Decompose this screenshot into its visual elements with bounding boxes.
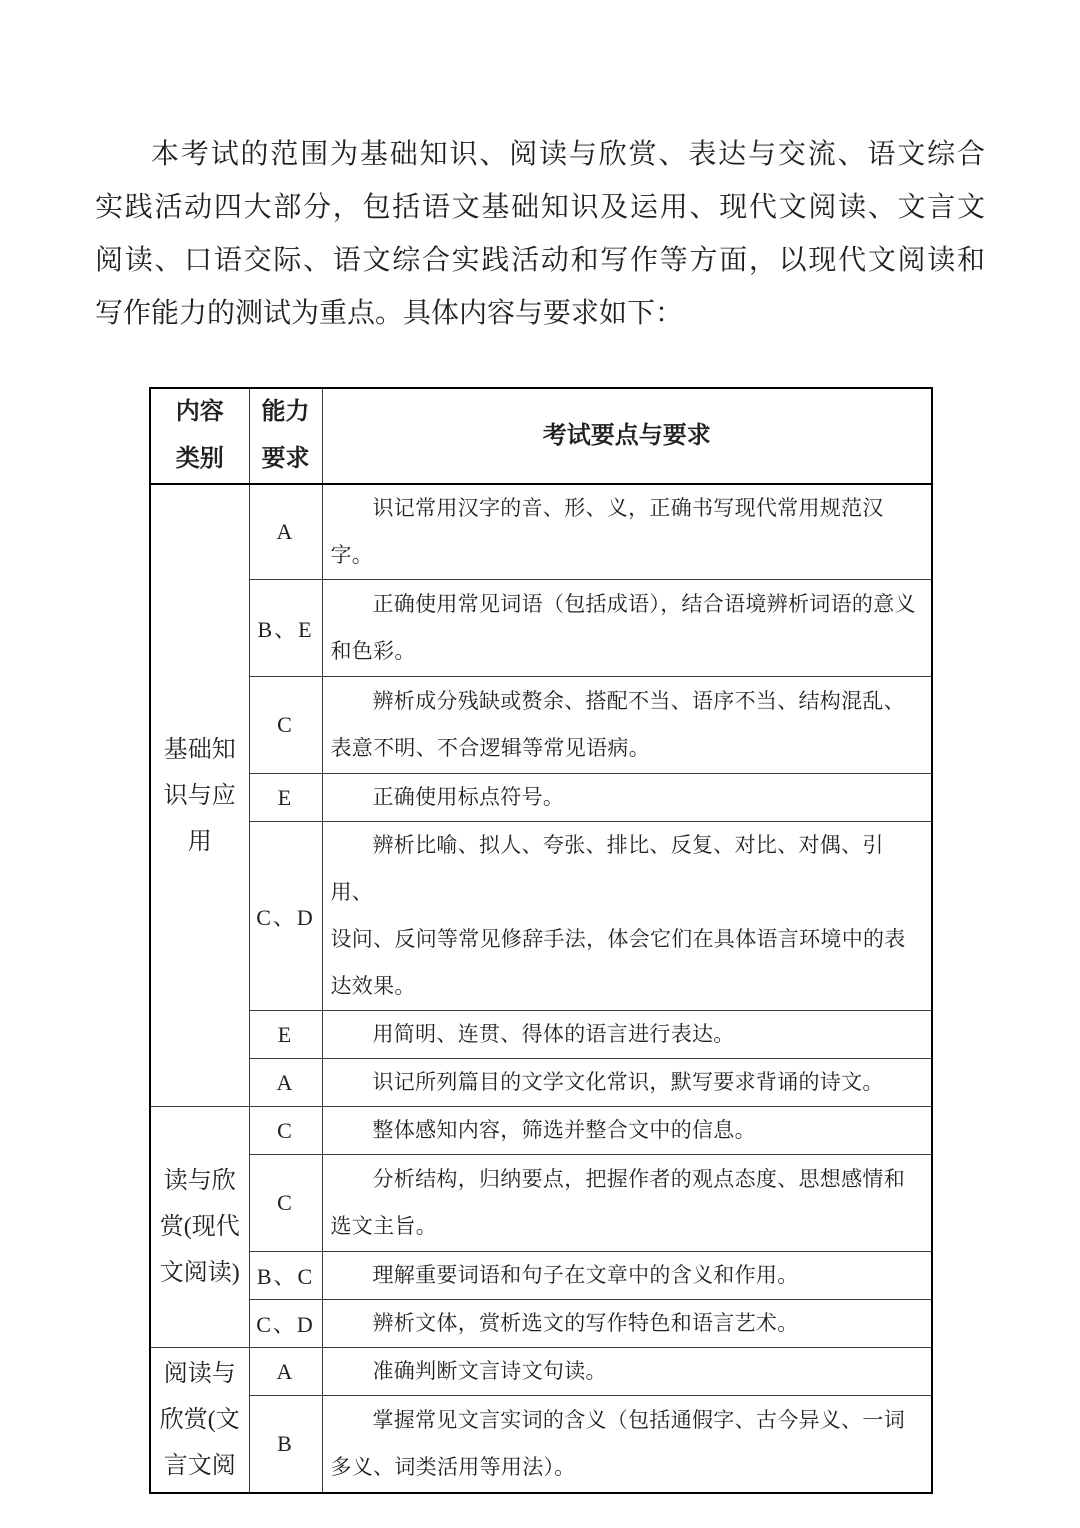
requirement-cell: 理解重要词语和句子在文章中的含义和作用。 [322,1252,932,1300]
requirement-cell: 用简明、连贯、得体的语言进行表达。 [322,1011,932,1059]
ability-cell: A [249,1059,322,1107]
table-row: B、E 正确使用常见词语（包括成语），结合语境辨析词语的意义 和色彩。 [150,580,932,677]
category-cell-classical-reading: 阅读与 欣赏(文 言文阅 [150,1348,249,1493]
table-row: C 分析结构，归纳要点，把握作者的观点态度、思想感情和 选文主旨。 [150,1155,932,1252]
table-row: 读与欣 赏(现代 文阅读) C 整体感知内容，筛选并整合文中的信息。 [150,1107,932,1155]
table-row: C、D 辨析文体，赏析选文的写作特色和语言艺术。 [150,1300,932,1348]
header-requirements: 考试要点与要求 [322,388,932,484]
requirement-cell: 辨析比喻、拟人、夸张、排比、反复、对比、对偶、引用、 设问、反问等常见修辞手法，… [322,822,932,1011]
ability-cell: C [249,677,322,774]
document-page: 本考试的范围为基础知识、阅读与欣赏、表达与交流、语文综合 实践活动四大部分，包括… [0,0,1080,1528]
ability-cell: C [249,1155,322,1252]
table-row: B 掌握常见文言实词的含义（包括通假字、古今异义、一词 多义、词类活用等用法）。 [150,1396,932,1493]
ability-cell: C、D [249,822,322,1011]
table-row: A 识记所列篇目的文学文化常识，默写要求背诵的诗文。 [150,1059,932,1107]
ability-cell: A [249,484,322,580]
header-category: 内容 类别 [150,388,249,484]
requirement-cell: 辨析成分残缺或赘余、搭配不当、语序不当、结构混乱、 表意不明、不合逻辑等常见语病… [322,677,932,774]
ability-cell: B [249,1396,322,1493]
requirement-cell: 识记所列篇目的文学文化常识，默写要求背诵的诗文。 [322,1059,932,1107]
intro-line-3: 阅读、口语交际、语文综合实践活动和写作等方面，以现代文阅读和 [95,234,985,287]
ability-cell: E [249,774,322,822]
intro-paragraph: 本考试的范围为基础知识、阅读与欣赏、表达与交流、语文综合 实践活动四大部分，包括… [95,128,985,340]
intro-line-1: 本考试的范围为基础知识、阅读与欣赏、表达与交流、语文综合 [95,128,985,181]
requirement-cell: 正确使用常见词语（包括成语），结合语境辨析词语的意义 和色彩。 [322,580,932,677]
requirement-cell: 准确判断文言诗文句读。 [322,1348,932,1396]
table-row: E 用简明、连贯、得体的语言进行表达。 [150,1011,932,1059]
category-cell-modern-reading: 读与欣 赏(现代 文阅读) [150,1107,249,1348]
requirement-cell: 整体感知内容，筛选并整合文中的信息。 [322,1107,932,1155]
ability-cell: C、D [249,1300,322,1348]
table-row: 基础知 识与应 用 A 识记常用汉字的音、形、义，正确书写现代常用规范汉字。 [150,484,932,580]
table-row: B、C 理解重要词语和句子在文章中的含义和作用。 [150,1252,932,1300]
requirement-cell: 辨析文体，赏析选文的写作特色和语言艺术。 [322,1300,932,1348]
requirement-cell: 掌握常见文言实词的含义（包括通假字、古今异义、一词 多义、词类活用等用法）。 [322,1396,932,1493]
exam-requirements-table: 内容 类别 能力 要求 考试要点与要求 基础知 识与应 用 A 识记常用汉字的音… [149,387,933,1494]
category-cell-basics: 基础知 识与应 用 [150,484,249,1107]
table-row: C 辨析成分残缺或赘余、搭配不当、语序不当、结构混乱、 表意不明、不合逻辑等常见… [150,677,932,774]
requirement-cell: 正确使用标点符号。 [322,774,932,822]
ability-cell: E [249,1011,322,1059]
table-row: C、D 辨析比喻、拟人、夸张、排比、反复、对比、对偶、引用、 设问、反问等常见修… [150,822,932,1011]
header-ability: 能力 要求 [249,388,322,484]
requirement-cell: 识记常用汉字的音、形、义，正确书写现代常用规范汉字。 [322,484,932,580]
requirement-cell: 分析结构，归纳要点，把握作者的观点态度、思想感情和 选文主旨。 [322,1155,932,1252]
ability-cell: B、C [249,1252,322,1300]
intro-line-4: 写作能力的测试为重点。具体内容与要求如下： [95,287,985,340]
ability-cell: A [249,1348,322,1396]
ability-cell: C [249,1107,322,1155]
table-row: E 正确使用标点符号。 [150,774,932,822]
intro-line-2: 实践活动四大部分，包括语文基础知识及运用、现代文阅读、文言文 [95,181,985,234]
table-header-row: 内容 类别 能力 要求 考试要点与要求 [150,388,932,484]
ability-cell: B、E [249,580,322,677]
table-row: 阅读与 欣赏(文 言文阅 A 准确判断文言诗文句读。 [150,1348,932,1396]
